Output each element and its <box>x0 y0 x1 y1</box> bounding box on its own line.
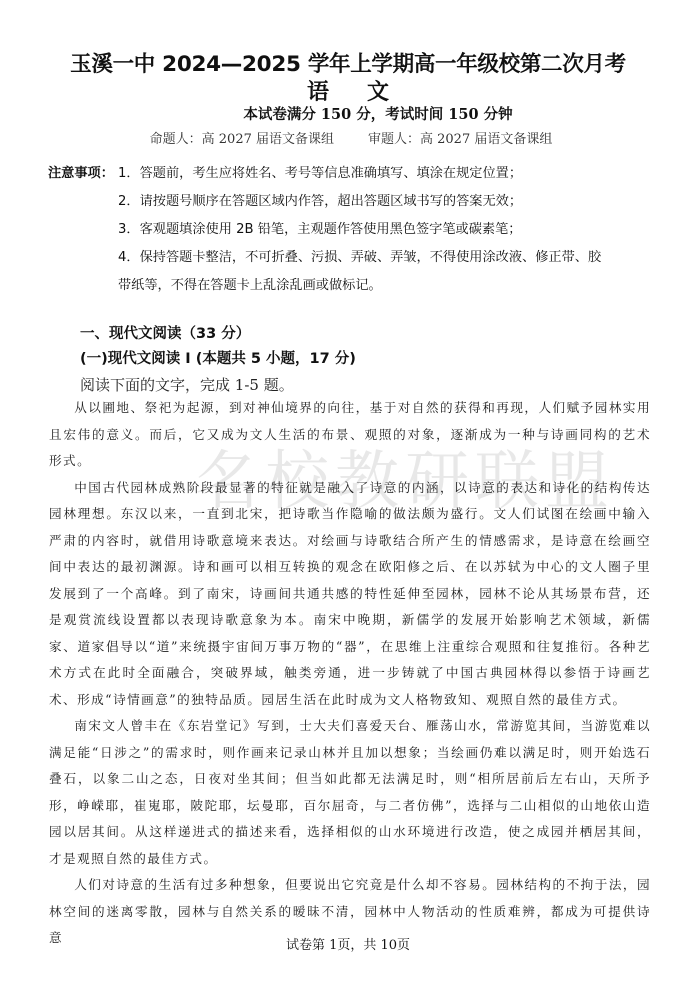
reviewer: 审题人：高 2027 届语文备课组 <box>368 132 552 147</box>
note-item: 2．请按题号顺序在答题区域内作答，超出答题区域书写的答案无效； <box>48 188 648 216</box>
paragraph: 南宋文人曾丰在《东岩堂记》写到，士大夫们喜爱天台、雁荡山水，常游览其间，当游览难… <box>49 713 651 872</box>
page-footer: 试卷第 1页，共 10页 <box>0 934 696 953</box>
setter: 命题人：高 2027 届语文备课组 <box>150 132 334 147</box>
paragraph: 中国古代园林成熟阶段最显著的特征就是融入了诗意的内涵，以诗意的表达和诗化的结构传… <box>49 475 651 714</box>
section-heading: 一、现代文阅读（33 分） <box>80 322 250 343</box>
subject-title: 语文 <box>0 75 696 106</box>
paragraph: 从以圃地、祭祀为起源，到对神仙境界的向往，基于对自然的获得和再现，人们赋予园林实… <box>49 395 651 475</box>
section-subheading: (一)现代文阅读 I (本题共 5 小题，17 分) <box>80 347 356 368</box>
authors-line: 命题人：高 2027 届语文备课组审题人：高 2027 届语文备课组 <box>0 128 696 147</box>
exam-page: 名校教研联盟 玉溪一中 2024—2025 学年上学期高一年级校第二次月考 语文… <box>0 0 696 983</box>
passage: 从以圃地、祭祀为起源，到对神仙境界的向往，基于对自然的获得和再现，人们赋予园林实… <box>49 395 651 952</box>
subject-char-2: 文 <box>367 80 389 105</box>
exam-title: 玉溪一中 2024—2025 学年上学期高一年级校第二次月考 <box>0 47 696 78</box>
note-item: 带纸等，不得在答题卡上乱涂乱画或做标记。 <box>48 272 648 300</box>
note-item: 3．客观题填涂使用 2B 铅笔，主观题作答使用黑色签字笔或碳素笔； <box>48 216 648 244</box>
score-info: 本试卷满分 150 分，考试时间 150 分钟 <box>0 103 696 124</box>
notes-label: 注意事项： <box>48 160 118 188</box>
notes-block: 注意事项：1．答题前，考生应将姓名、考号等信息准确填写、填涂在规定位置； 2．请… <box>48 160 648 300</box>
subject-char-1: 语 <box>307 80 329 105</box>
note-item: 4．保持答题卡整洁，不可折叠、污损、弄破、弄皱，不得使用涂改液、修正带、胶 <box>48 244 648 272</box>
reading-instruction: 阅读下面的文字，完成 1-5 题。 <box>80 374 294 395</box>
note-item: 注意事项：1．答题前，考生应将姓名、考号等信息准确填写、填涂在规定位置； <box>48 160 648 188</box>
